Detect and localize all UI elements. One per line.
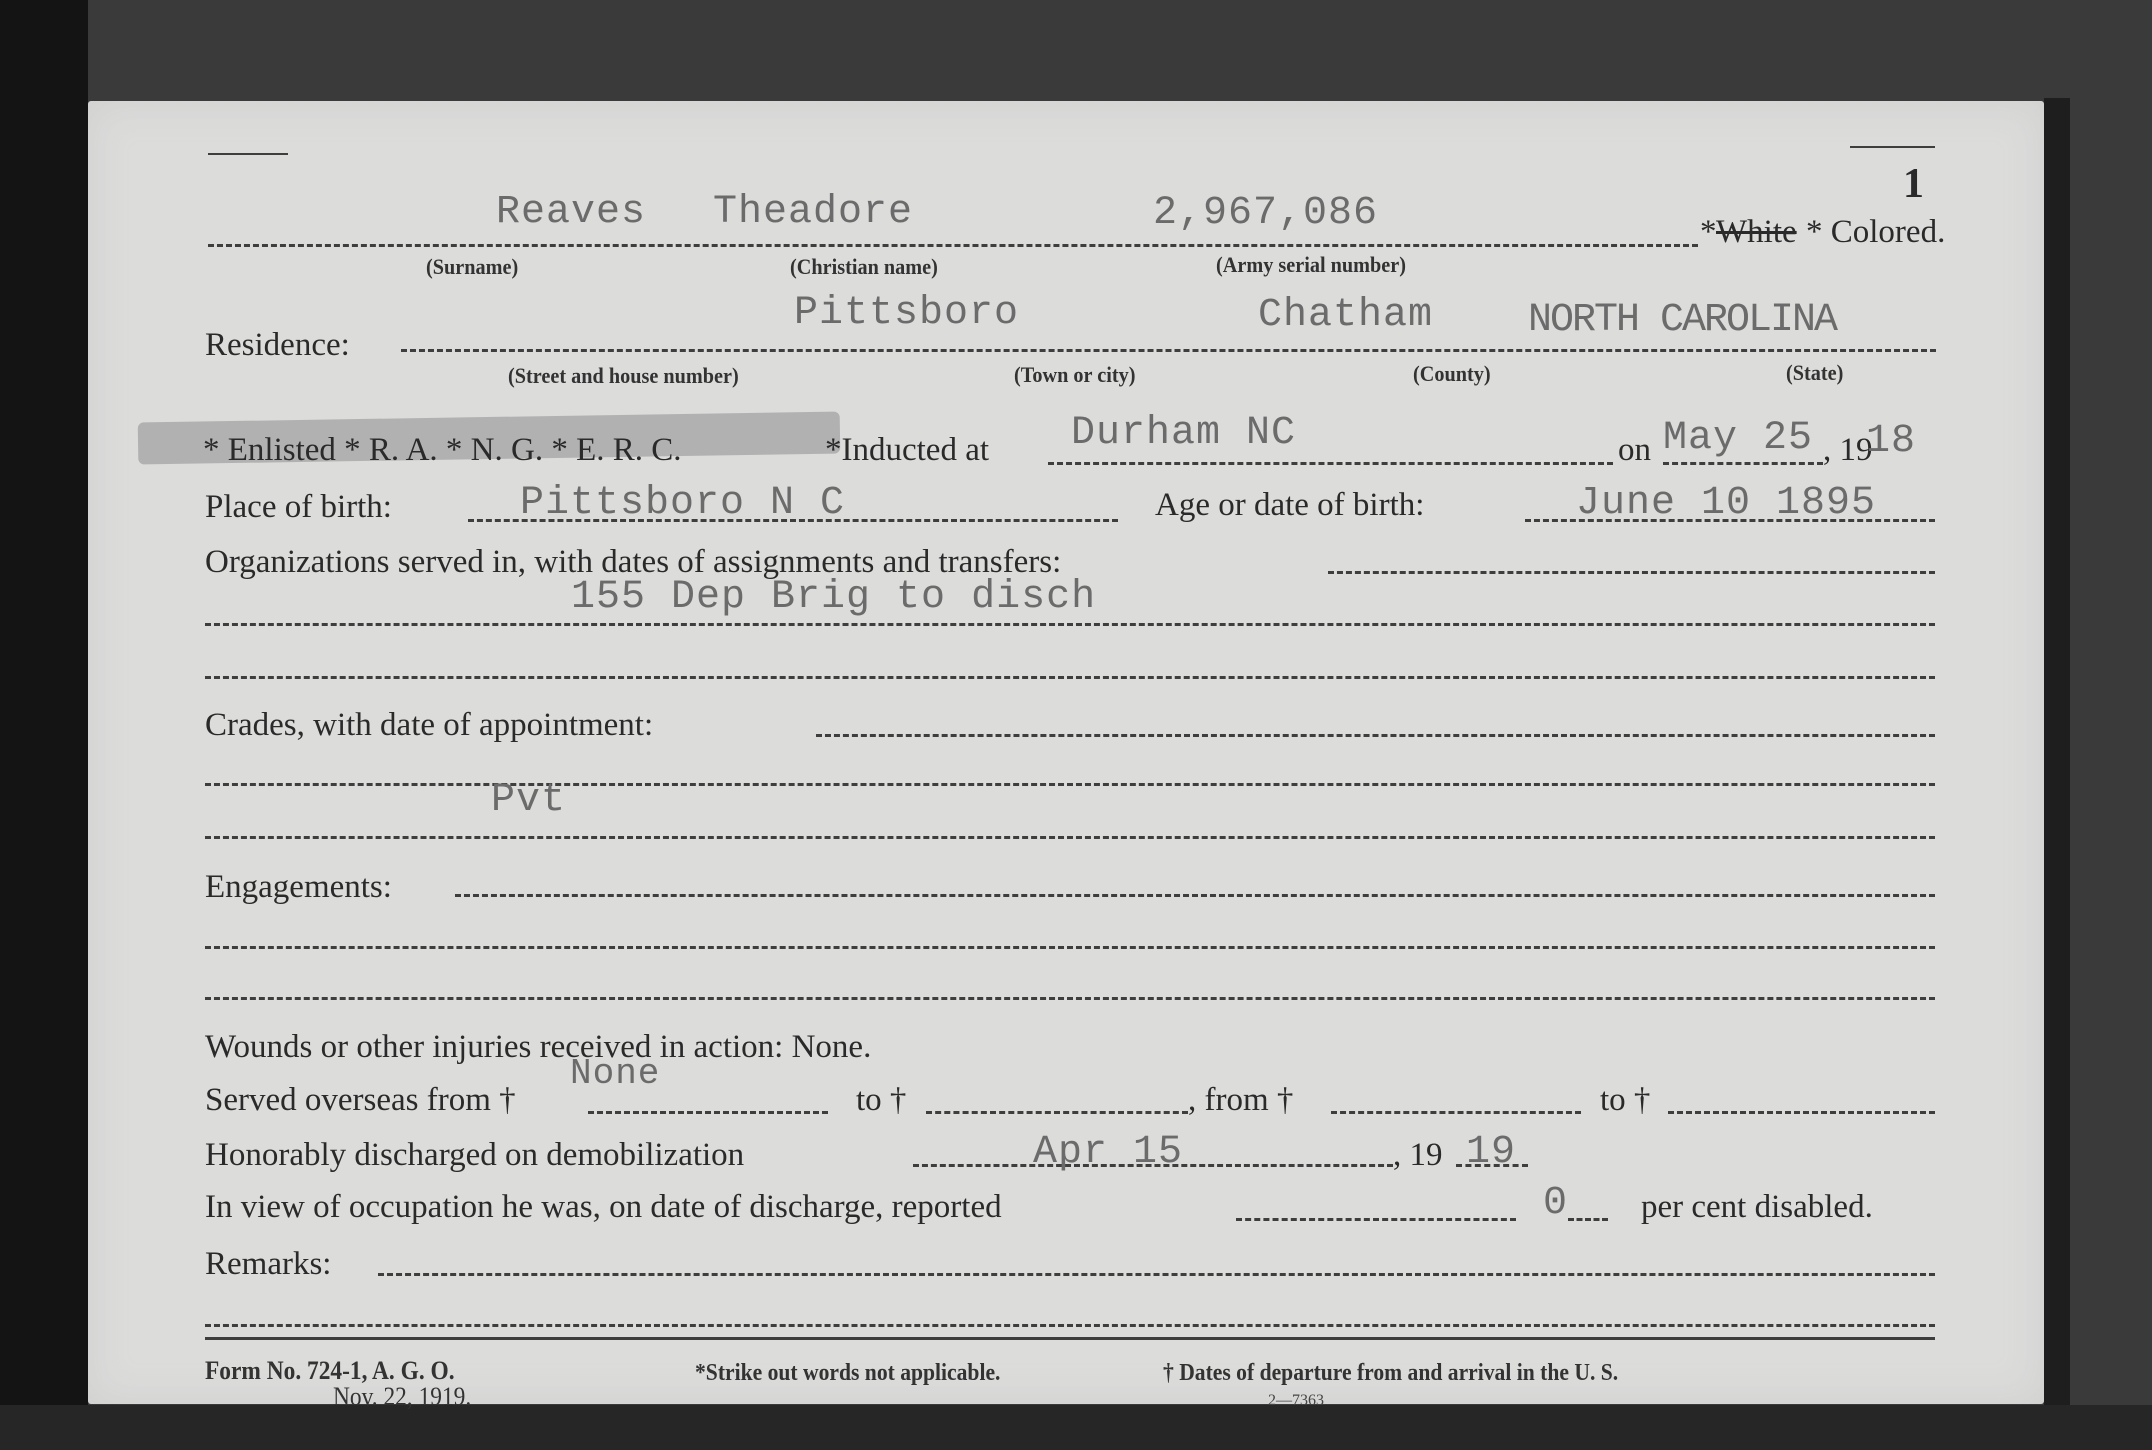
surname-label: (Surname) <box>426 256 518 278</box>
disability-label: In view of occupation he was, on date of… <box>205 1191 1002 1224</box>
organizations-value: 155 Dep Brig to disch <box>571 578 1096 618</box>
residence-town-value: Pittsboro <box>794 294 1019 334</box>
residence-label: Residence: <box>205 329 350 362</box>
engagements-line-1 <box>455 894 1935 897</box>
card-number-rule <box>1850 146 1935 148</box>
race-white-struck: White <box>1716 216 1797 249</box>
overseas-from2-label: , from † <box>1188 1084 1293 1117</box>
disability-line-end <box>1568 1218 1608 1221</box>
residence-state-value: NORTH CAROLINA <box>1528 301 1836 341</box>
wounds-typed-value: None <box>570 1056 660 1092</box>
top-left-rule <box>208 153 288 155</box>
overseas-to2-line <box>1668 1111 1935 1114</box>
service-record-card: 1 Reaves Theadore 2,967,086 * White * Co… <box>88 101 2044 1404</box>
grades-line-3 <box>205 836 1935 839</box>
grades-label: Crades, with date of appointment: <box>205 709 653 742</box>
county-label: (County) <box>1413 363 1491 385</box>
form-number: Form No. 724-1, A. G. O. <box>205 1358 455 1384</box>
grades-line-1 <box>816 734 1935 737</box>
residence-county-value: Chatham <box>1258 296 1433 336</box>
army-serial-number-value: 2,967,086 <box>1153 194 1378 234</box>
surname-value: Reaves <box>496 193 646 233</box>
inducted-at-value: Durham NC <box>1071 414 1296 454</box>
place-of-birth-label: Place of birth: <box>205 491 392 524</box>
inducted-date-line <box>1663 462 1823 465</box>
footer-rule <box>205 1337 1935 1340</box>
christian-name-value: Theadore <box>713 193 913 233</box>
date-of-birth-value: June 10 1895 <box>1576 484 1876 524</box>
wounds-label: Wounds or other injuries received in act… <box>205 1031 871 1064</box>
overseas-from-line <box>588 1111 828 1114</box>
discharge-year-prefix: , 19 <box>1393 1139 1443 1172</box>
engagements-label: Engagements: <box>205 871 392 904</box>
discharge-label: Honorably discharged on demobilization <box>205 1139 744 1172</box>
organizations-line-2 <box>205 623 1935 626</box>
strike-note: *Strike out words not applicable. <box>695 1361 1000 1385</box>
dagger-note: † Dates of departure from and arrival in… <box>1163 1361 1618 1385</box>
inducted-at-label: *Inducted at <box>825 434 989 467</box>
overseas-to-line <box>926 1111 1188 1114</box>
inducted-at-line <box>1048 462 1613 465</box>
inducted-date-value: May 25 <box>1663 419 1813 459</box>
card-number: 1 <box>1903 163 1924 205</box>
disability-value: 0 <box>1543 1184 1568 1224</box>
overseas-from2-line <box>1331 1111 1581 1114</box>
overseas-to2-label: to † <box>1600 1084 1650 1117</box>
grades-line-2 <box>205 783 1935 786</box>
place-of-birth-value: Pittsboro N C <box>520 484 845 524</box>
enlistment-options: * Enlisted * R. A. * N. G. * E. R. C. <box>203 434 682 467</box>
scan-border-left <box>0 0 88 1450</box>
inducted-year-value: 18 <box>1866 422 1916 462</box>
inducted-on-label: on <box>1618 434 1651 467</box>
served-overseas-label: Served overseas from † <box>205 1084 516 1117</box>
scan-border-bottom <box>0 1405 2152 1450</box>
form-date: Nov. 22, 1919. <box>333 1384 471 1410</box>
overseas-to-label: to † <box>856 1084 906 1117</box>
christian-name-label: (Christian name) <box>790 256 938 278</box>
street-label: (Street and house number) <box>508 365 739 387</box>
discharge-date-value: Apr 15 <box>1033 1133 1183 1173</box>
disability-line <box>1236 1218 1516 1221</box>
organizations-line-1 <box>1328 571 1935 574</box>
remarks-line-1 <box>378 1273 1935 1276</box>
army-serial-number-label: (Army serial number) <box>1216 254 1406 276</box>
discharge-year-value: 19 <box>1466 1133 1516 1173</box>
grades-value: Pvt <box>491 781 566 821</box>
remarks-label: Remarks: <box>205 1248 331 1281</box>
name-line <box>208 244 1698 247</box>
organizations-line-3 <box>205 676 1935 679</box>
scan-border-right <box>2044 98 2070 1408</box>
state-label: (State) <box>1786 362 1843 384</box>
disability-suffix: per cent disabled. <box>1641 1191 1873 1224</box>
race-asterisk-white: * <box>1700 216 1717 249</box>
engagements-line-2 <box>205 946 1935 949</box>
print-code: 2—7363 <box>1268 1393 1324 1409</box>
remarks-line-2 <box>205 1324 1935 1327</box>
race-colored: * Colored. <box>1806 216 1945 249</box>
town-label: (Town or city) <box>1014 364 1135 386</box>
date-of-birth-label: Age or date of birth: <box>1155 489 1424 522</box>
engagements-line-3 <box>205 997 1935 1000</box>
residence-line <box>401 349 1936 352</box>
